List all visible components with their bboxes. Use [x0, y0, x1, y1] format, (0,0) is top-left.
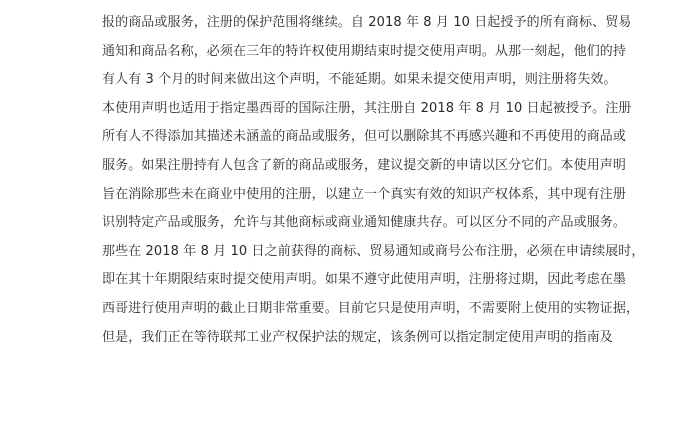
text-line-9: 那些在 2018 年 8 月 10 日之前获得的商标、贸易通知或商号公布注册，必… [102, 238, 602, 267]
text-line-3: 有人有 3 个月的时间来做出这个声明，不能延期。如果未提交使用声明，则注册将失效… [102, 66, 602, 95]
text-line-12: 但是，我们正在等待联邦工业产权保护法的规定，该条例可以指定制定使用声明的指南及 [102, 324, 602, 353]
document-body: 报的商品或服务，注册的保护范围将继续。自 2018 年 8 月 10 日起授予的… [102, 9, 602, 352]
text-line-1: 报的商品或服务，注册的保护范围将继续。自 2018 年 8 月 10 日起授予的… [102, 9, 602, 38]
text-line-7: 旨在消除那些未在商业中使用的注册，以建立一个真实有效的知识产权体系，其中现有注册 [102, 181, 602, 210]
text-line-2: 通知和商品名称，必须在三年的特许权使用期结束时提交使用声明。从那一刻起，他们的持 [102, 38, 602, 67]
text-line-10: 即在其十年期限结束时提交使用声明。如果不遵守此使用声明，注册将过期，因此考虑在墨 [102, 266, 602, 295]
text-line-8: 识别特定产品或服务，允许与其他商标或商业通知健康共存。可以区分不同的产品或服务。 [102, 209, 602, 238]
text-line-4: 本使用声明也适用于指定墨西哥的国际注册，其注册自 2018 年 8 月 10 日… [102, 95, 602, 124]
text-line-5: 所有人不得添加其描述未涵盖的商品或服务，但可以删除其不再感兴趣和不再使用的商品或 [102, 123, 602, 152]
text-line-6: 服务。如果注册持有人包含了新的商品或服务，建议提交新的申请以区分它们。本使用声明 [102, 152, 602, 181]
text-line-11: 西哥进行使用声明的截止日期非常重要。目前它只是使用声明，不需要附上使用的实物证据… [102, 295, 602, 324]
